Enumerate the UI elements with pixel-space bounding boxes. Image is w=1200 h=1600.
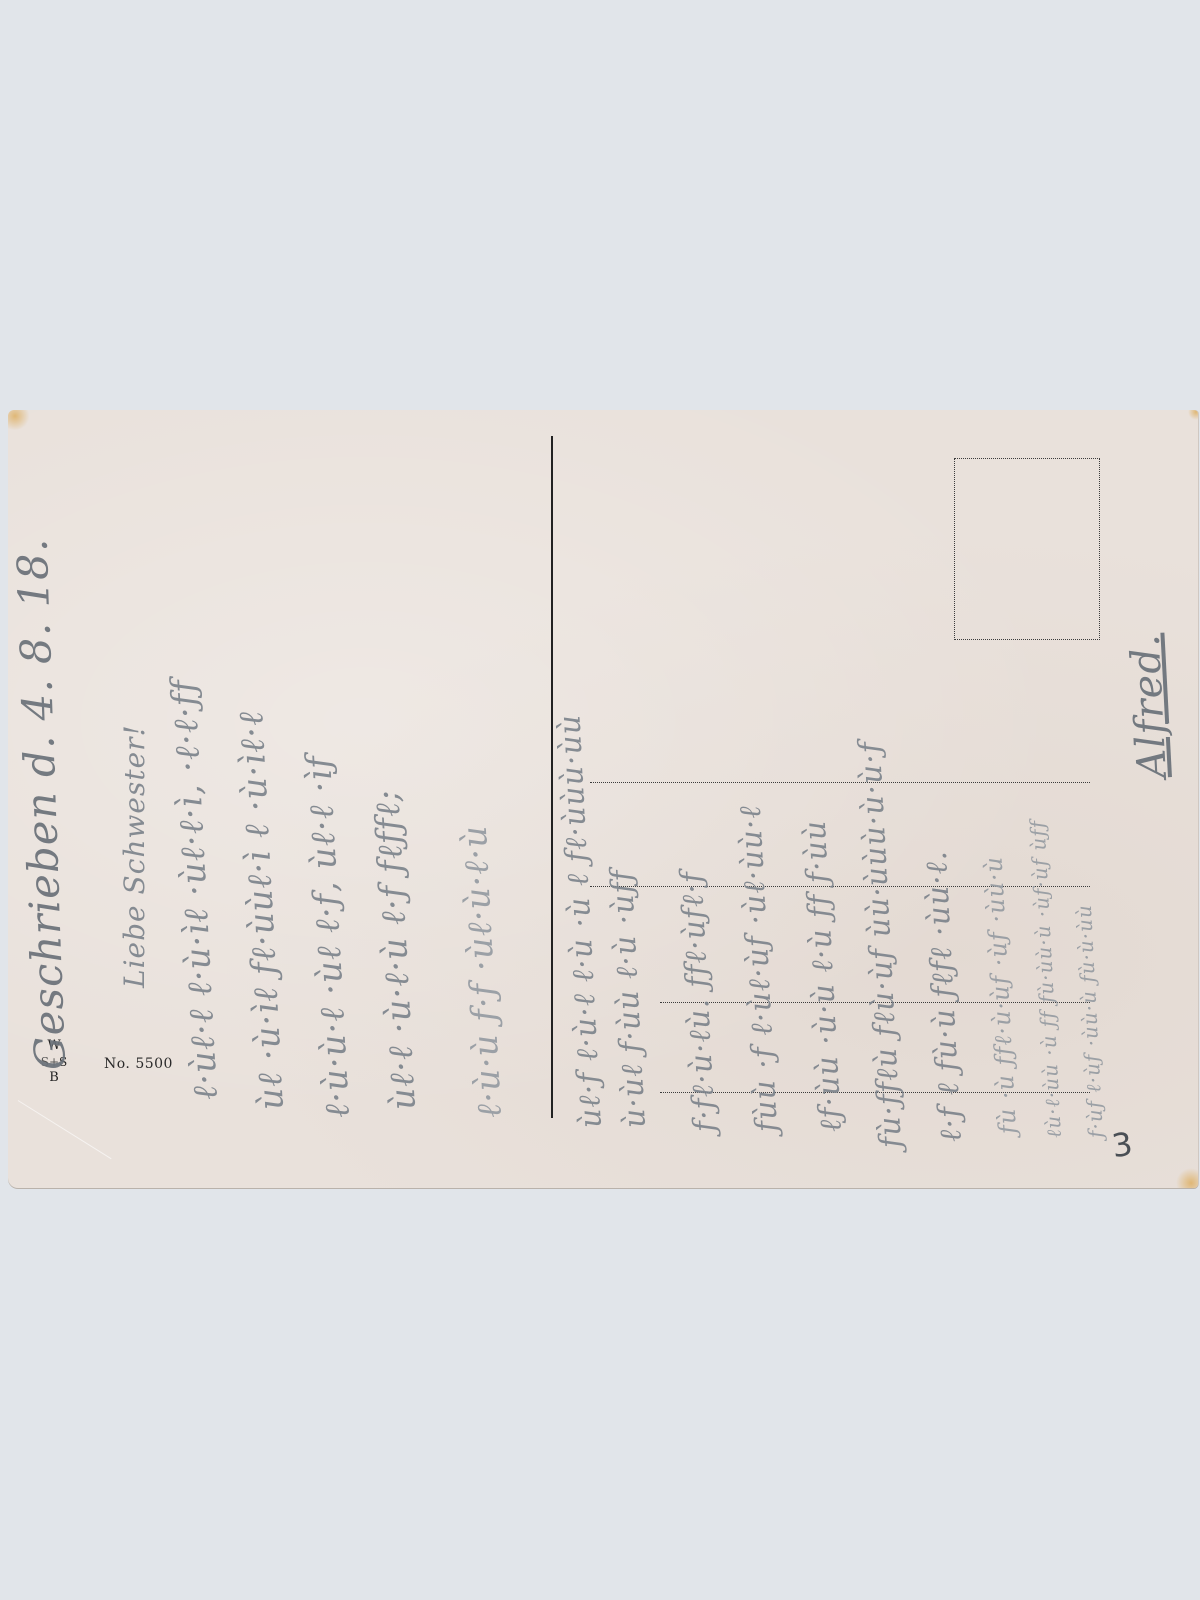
address-side-line: ƒ·ƒℓ·ù·ℓù. ƒƒℓ·ùƒℓ·ƒ (674, 870, 723, 1133)
address-side-line: ƒù·ƒƒℓù ƒℓù·ùƒ ùù·ùùù·ù·ù·ƒ (853, 740, 909, 1149)
message-line: ℓ·ùℓ·ℓ ℓ·ù·ìℓ ·ùℓ·ℓ·ì, ·ℓ·ℓ·ƒƒ (164, 678, 226, 1101)
message-line: ℓ·ù·ù ƒ·ƒ ·ùℓ·ù·ℓ·ù (455, 824, 510, 1119)
address-side-line: ℓƒ·ùù ·ù·ù ℓ·ù ƒƒ ƒ·ùù (798, 819, 849, 1133)
address-side-line: ƒù ·ù ƒƒℓ·ù·ùƒ ·ùƒ ·ùù·ù (979, 855, 1023, 1134)
postcard-back: W S+S B No. 5500 Geschrieben d. 4. 8. 18… (8, 410, 1198, 1188)
address-side-line: ℓ·ƒ ℓ ƒù·ù ƒℓƒℓ ·ùù·ℓ. (919, 849, 969, 1142)
signature: Alfred. (1122, 632, 1176, 779)
address-side-line: ƒ·ùƒ ℓ·ùƒ ·ùù·ù ƒù·ù·ùù (1072, 904, 1109, 1139)
handwriting-layer: Geschrieben d. 4. 8. 18. Liebe Schwester… (8, 410, 1198, 1188)
dateline: Geschrieben d. 4. 8. 18. (8, 537, 75, 1071)
salutation: Liebe Schwester! (118, 724, 151, 988)
message-line: ùℓ·ℓ ·ù·ℓ·ù ℓ·ƒ ƒℓƒƒℓ; (367, 788, 424, 1111)
address-side-line: ℓù·ℓ·ùù ·ù ƒƒ ƒù·ùù·ù ·ùƒ·ùƒ ùƒƒ (1025, 819, 1067, 1138)
address-side-line: ùℓ·ƒ ℓ·ù·ℓ ℓ·ù ·ù ℓ ƒℓ·ùùù·ùù (552, 713, 609, 1129)
page: W S+S B No. 5500 Geschrieben d. 4. 8. 18… (0, 0, 1200, 1600)
address-side-line: ƒùù ·ƒ ℓ·ùℓ·ùƒ ·ùℓ·ùù·ℓ (733, 804, 785, 1133)
message-line: ℓ·ù·ù·ℓ ·ùℓ ℓ·ƒ, ùℓ·ℓ ·ìƒ (299, 754, 358, 1119)
message-line: ùℓ ·ù·ìℓ ƒℓ·ùùℓ·ì ℓ ·ù·ìℓ·ℓ (231, 710, 292, 1111)
address-side-line: ù·ùℓ ƒ·ùù ℓ·ù ·ùƒƒ (604, 868, 653, 1128)
